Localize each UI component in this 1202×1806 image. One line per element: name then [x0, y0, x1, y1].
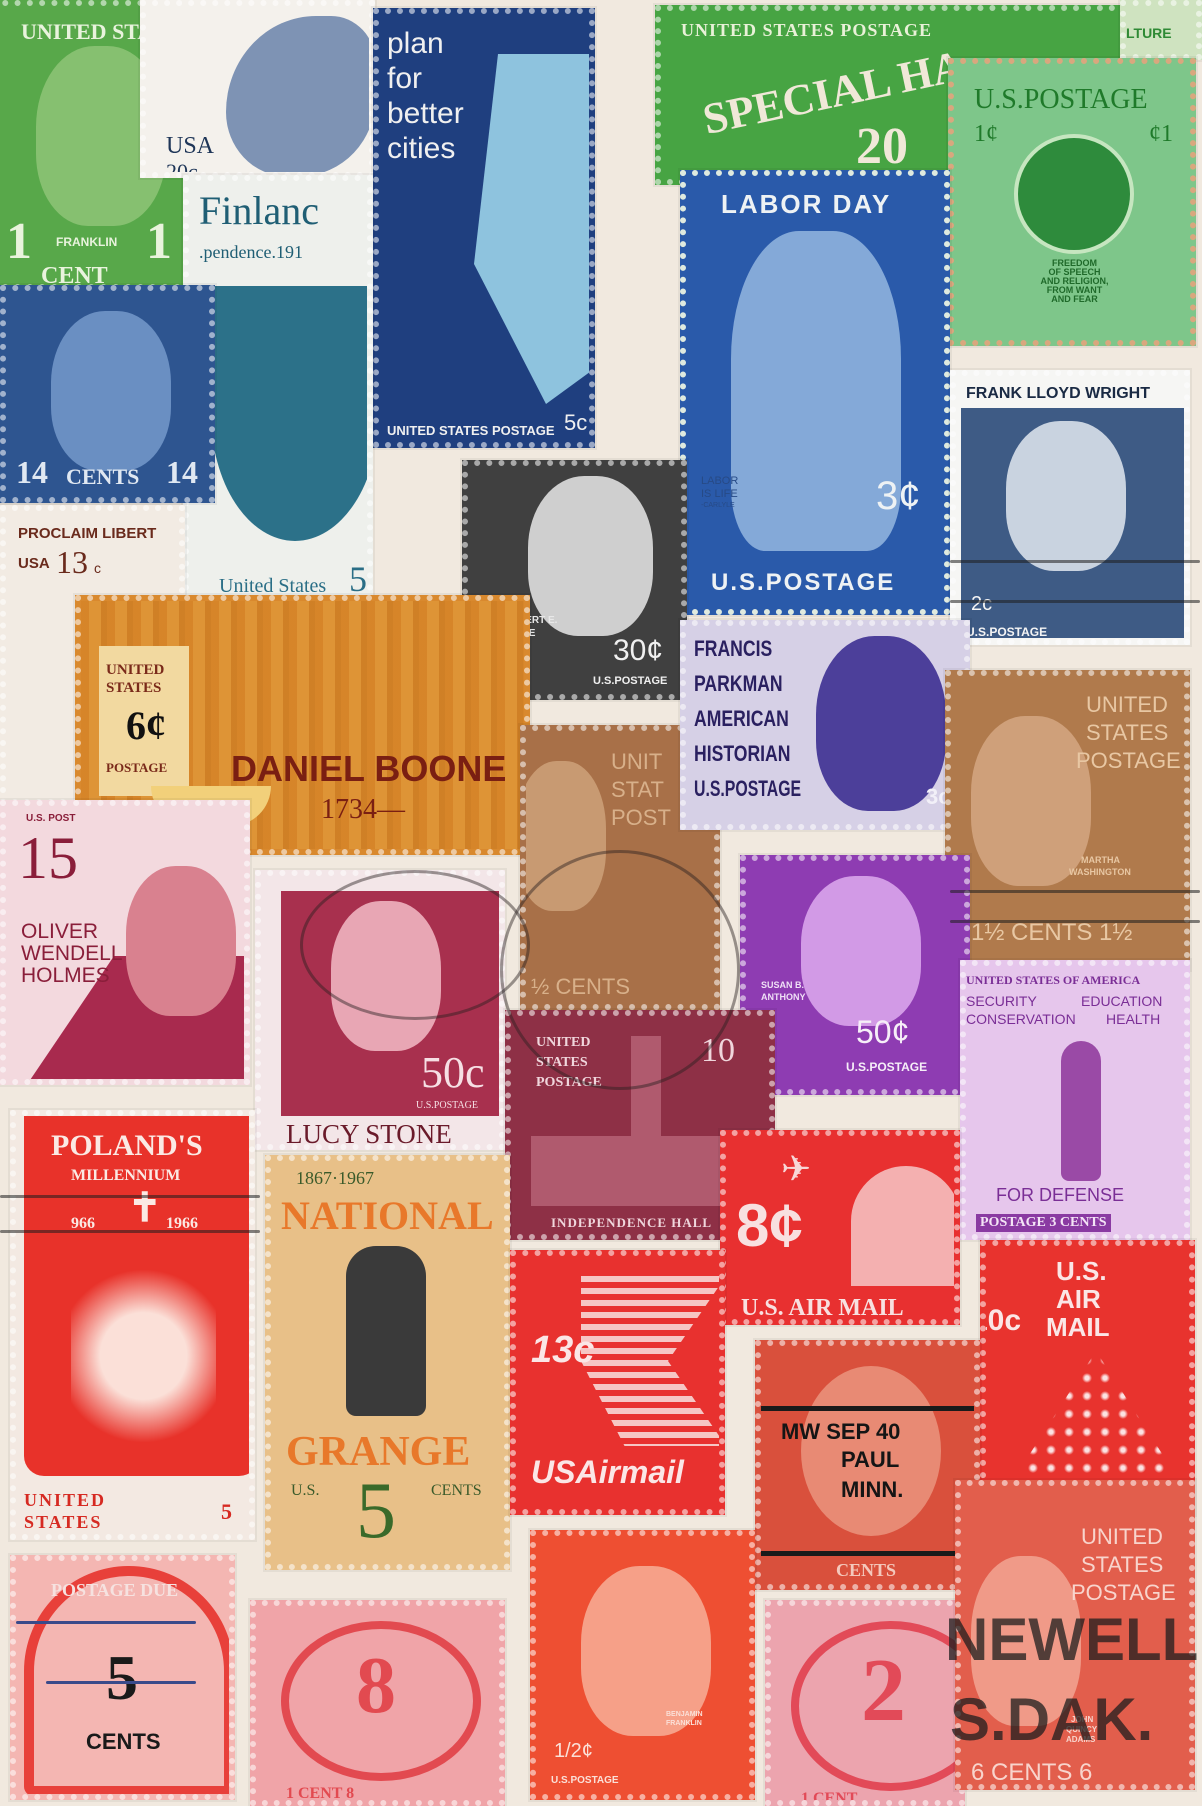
stamp-text: 1¢	[974, 122, 998, 146]
stamp-text: 14	[16, 456, 48, 488]
stamp-text: -CARLYLE	[701, 502, 735, 509]
stamp-text: FOR DEFENSE	[996, 1186, 1124, 1204]
wavy-cancel-line	[950, 920, 1200, 923]
stamp-text: 1 CENT 8	[286, 1786, 354, 1802]
stamp-text: UNITED	[1081, 1526, 1163, 1548]
stamp-text: UNITED STATES OF AMERICA	[966, 974, 1140, 986]
stamp-text: better	[387, 99, 464, 129]
stamp-text: United States	[219, 576, 326, 596]
cross-icon: ✝	[128, 1188, 162, 1228]
stamp-text: CENTS	[431, 1483, 482, 1499]
white-eagle-emblem	[71, 1256, 216, 1456]
stamp-text: SUSAN B.	[761, 981, 804, 990]
stamp-text: LTURE	[1126, 26, 1172, 40]
wavy-cancel-line	[950, 600, 1200, 603]
stamp-text: IS LIFE	[701, 489, 738, 500]
capitol-dome-illustration	[851, 1166, 960, 1286]
farmer-illustration	[346, 1246, 426, 1416]
stamp-text: U.S. POST	[26, 814, 75, 824]
wavy-cancel-line	[950, 890, 1200, 893]
stamp-text: 5c	[564, 412, 587, 434]
cancellation-text: NEWELL	[945, 1610, 1198, 1670]
stamp-text: 2c	[971, 594, 992, 614]
stamp-text: 2	[861, 1646, 906, 1736]
stamp-plan-cities-5c: plan for better cities UNITED STATES POS…	[373, 8, 595, 448]
stamp-text: U.S.	[1056, 1258, 1107, 1284]
stamp-us-air-mail-stars-10c: U.S. AIR MAIL 10c	[980, 1240, 1195, 1515]
wavy-cancel-line	[0, 1195, 260, 1198]
stamp-text: STATES	[24, 1513, 102, 1531]
stamp-franklin-half-cent: BENJAMIN FRANKLIN 1/2¢ U.S.POSTAGE	[530, 1530, 755, 1800]
wavy-cancel-line	[0, 1230, 260, 1233]
stamp-text: STATES	[1086, 722, 1168, 744]
stamp-text: SPECIAL HA	[699, 44, 968, 142]
stamp-text: CENTS	[86, 1731, 161, 1753]
stars-triangle-illustration	[1006, 1351, 1186, 1491]
stamp-text: LABOR DAY	[721, 191, 891, 217]
stamp-text: 5	[356, 1471, 396, 1551]
stamp-text: 30¢	[613, 636, 663, 666]
stamp-text: 3¢	[876, 476, 921, 516]
bighorn-sheep-illustration	[226, 16, 375, 176]
stamp-text: U.S. AIR MAIL	[741, 1296, 904, 1320]
stamp-text: MAIL	[1046, 1314, 1110, 1340]
stamp-text: HOLMES	[21, 965, 110, 986]
stamp-text: NATIONAL	[281, 1196, 494, 1236]
stamp-text: FRANKLIN	[666, 1720, 702, 1727]
stamp-text: 1½ CENTS 1½	[971, 921, 1132, 945]
postmark-ring	[300, 870, 530, 1020]
stamp-text: U.S.POSTAGE	[551, 1776, 619, 1786]
pen-cancel	[46, 1681, 196, 1684]
stamp-four-freedoms-1c: U.S.POSTAGE 1¢ ¢1 FREEDOM OF SPEECH AND …	[948, 58, 1196, 346]
stamp-text: UNITED	[106, 663, 164, 678]
stamp-text: 10c	[980, 1306, 1021, 1336]
liberty-torch-portrait	[1014, 134, 1134, 254]
stamp-text: 1	[146, 216, 172, 268]
precancel-bar	[756, 1406, 980, 1411]
holmes-portrait	[126, 866, 236, 1016]
stamp-text: PROCLAIM LIBERT	[18, 526, 156, 541]
stamp-text: ¢1	[1149, 122, 1173, 146]
stamp-text: U.S.POSTAGE	[711, 571, 895, 595]
stamp-text: MINN.	[841, 1479, 903, 1501]
stamp-agriculture-partial: LTURE	[1120, 0, 1202, 60]
stamp-text: 6¢	[126, 706, 166, 746]
stamp-text: 5	[106, 1646, 138, 1710]
stamp-text: 13c	[531, 1331, 594, 1369]
stamp-text: USA	[18, 556, 50, 571]
stamp-text: CONSERVATION	[966, 1012, 1076, 1026]
stamp-text: plan	[387, 29, 444, 59]
stamp-text: 20	[856, 121, 908, 173]
stamp-text: STATES	[106, 681, 161, 696]
stamp-text: c	[94, 561, 101, 575]
stamp-text: POSTAGE DUE	[51, 1581, 178, 1599]
stamp-text: U.S.POSTAGE	[974, 86, 1148, 114]
freedom-text-block: FREEDOM OF SPEECH AND RELIGION, FROM WAN…	[1022, 259, 1127, 304]
stamp-text: POSTAGE 3 CENTS	[976, 1214, 1111, 1232]
stamp-martha-washington-1-5c-a: UNITED STATES POSTAGE MARTHA WASHINGTON …	[945, 670, 1190, 970]
stamp-text: HEALTH	[1106, 1012, 1160, 1026]
stamp-text: 13	[56, 546, 88, 578]
stamp-labor-day-3c: LABOR DAY LABOR IS LIFE -CARLYLE 3¢ U.S.…	[680, 170, 950, 615]
stamp-airmail-capitol-8c: ✈ 8¢ U.S. AIR MAIL	[720, 1130, 960, 1325]
cancellation-text: S.DAK.	[950, 1690, 1153, 1750]
cancellation-mark: NEWELL S.DAK.	[930, 1590, 1202, 1790]
stamp-text: USAirmail	[531, 1456, 684, 1488]
stamp-text: LUCY STONE	[286, 1121, 452, 1148]
stamp-text: STAT	[611, 779, 664, 801]
stamp-text: U.S.POSTAGE	[416, 1101, 478, 1111]
stamp-text: cities	[387, 134, 455, 164]
stamp-text: WASHINGTON	[1069, 868, 1131, 877]
stamp-text: 5	[221, 1501, 232, 1523]
lee-portrait	[528, 476, 653, 636]
stamp-text: 1 CENT	[801, 1791, 857, 1806]
city-plan-illustration	[474, 54, 594, 404]
stamp-text: U.S.POSTAGE	[846, 1061, 927, 1073]
pen-cancel	[16, 1621, 196, 1624]
stamp-text: UNITED	[24, 1491, 106, 1509]
stamp-postage-due-5c: POSTAGE DUE 5 CENTS	[10, 1555, 235, 1800]
stamp-text: WENDELL	[21, 943, 123, 964]
stamp-text: U.S.POSTAGE	[966, 626, 1047, 638]
stamp-frank-lloyd-wright-2c: FRANK LLOYD WRIGHT 2c U.S.POSTAGE	[950, 370, 1190, 645]
stamp-text: FRANK LLOYD WRIGHT	[966, 386, 1150, 402]
stamp-for-defense-3c: UNITED STATES OF AMERICA SECURITY EDUCAT…	[960, 960, 1190, 1240]
stamp-text: POSTAGE	[106, 761, 167, 774]
stamp-text: UNIT	[611, 751, 662, 773]
stamp-bighorn-20c: USA 20c	[140, 0, 375, 178]
stamp-text: LABOR	[701, 476, 738, 487]
stamp-usa-airmail-13c: 13c USAirmail	[510, 1250, 725, 1515]
stamp-text: AND FEAR	[1022, 295, 1127, 304]
stamp-text: PARKMAN	[694, 673, 783, 695]
stamp-text: PAUL	[841, 1449, 899, 1471]
stamp-text: MW SEP 40	[781, 1421, 900, 1443]
stamp-collage: UNITED STATES P FRANKLIN 1 1 CENT USA 20…	[0, 0, 1202, 1806]
stamp-text: AIR	[1056, 1286, 1101, 1312]
stamp-text: CENTS	[66, 466, 139, 488]
precancel-bar	[756, 1551, 980, 1556]
stamp-text: OLIVER	[21, 921, 98, 942]
stamp-text: 1/2¢	[554, 1741, 593, 1761]
stamp-text: UNITED	[1086, 694, 1168, 716]
stamp-text: CENTS	[836, 1561, 896, 1579]
stamp-text: INDEPENDENCE HALL	[551, 1216, 712, 1229]
stamp-text: UNITED STATES POSTAGE	[681, 21, 932, 39]
stamp-national-grange-5c: 1867·1967 NATIONAL GRANGE U.S. 5 CENTS	[265, 1155, 510, 1570]
stamp-text: 5c	[349, 561, 373, 597]
stamp-text: FRANKLIN	[56, 236, 117, 248]
torch-illustration	[1061, 1041, 1101, 1181]
stamp-text: 14	[166, 456, 198, 488]
stamp-text: MARTHA	[1081, 856, 1120, 865]
anthony-portrait	[801, 876, 921, 1026]
stamp-text: 1867·1967	[296, 1169, 374, 1187]
stamp-text: U.S.	[291, 1483, 319, 1499]
stamp-holmes-15c: U.S. POST 15 OLIVER WENDELL HOLMES	[0, 800, 250, 1085]
postmark-ring	[500, 850, 740, 1090]
stamp-text: 15	[18, 828, 78, 888]
stamp-text: Finlanc	[199, 191, 319, 231]
stamp-text: AMERICAN	[694, 708, 789, 730]
stamp-text: ANTHONY	[761, 993, 806, 1002]
stamp-text: POLAND'S	[51, 1131, 203, 1161]
stamp-text: USA	[166, 134, 214, 158]
finland-lion-arms	[211, 286, 373, 541]
wavy-cancel-line	[950, 560, 1200, 563]
stamp-polands-millennium-5c: POLAND'S MILLENNIUM ✝ 966 1966 UNITED ST…	[10, 1110, 255, 1540]
stamp-text: 1	[6, 216, 32, 268]
martha-portrait	[971, 716, 1091, 886]
winged-envelope-illustration	[581, 1276, 725, 1446]
stamp-text: 1734—	[321, 796, 405, 824]
stamp-text: MILLENNIUM	[71, 1168, 180, 1184]
stamp-text: DANIEL BOONE	[231, 751, 506, 787]
stamp-text: POST	[611, 807, 671, 829]
stamp-text: FRANCIS	[694, 638, 772, 660]
stamp-text: EDUCATION	[1081, 994, 1162, 1008]
stamp-text: 8¢	[736, 1196, 803, 1256]
stamp-text: SECURITY	[966, 994, 1037, 1008]
stamp-postage-due-8-cent: 8 1 CENT 8	[250, 1600, 505, 1806]
stamp-text: STATES	[1081, 1554, 1163, 1576]
stamp-text: U.S.POSTAGE	[694, 778, 801, 800]
stamp-text: 50c	[421, 1051, 485, 1095]
wright-portrait	[1006, 421, 1126, 571]
stamp-francis-parkman-3c: FRANCIS PARKMAN AMERICAN HISTORIAN U.S.P…	[680, 620, 970, 830]
indian-chief-portrait	[51, 311, 171, 471]
stamp-text: BENJAMIN	[666, 1711, 703, 1718]
stamp-text: UNITED STATES POSTAGE	[387, 424, 555, 437]
stamp-text: for	[387, 64, 422, 94]
stamp-american-indian-14c: 14 CENTS 14	[0, 285, 215, 503]
stamp-text: POSTAGE	[1076, 750, 1181, 772]
stamp-text: 8	[356, 1646, 396, 1726]
stamp-jefferson-1c-precancel: MW SEP 40 PAUL MINN. CENTS	[755, 1340, 980, 1590]
airplane-icon: ✈	[781, 1151, 811, 1187]
stamp-text: HISTORIAN	[694, 743, 790, 765]
stamp-text: .pendence.191	[199, 243, 303, 261]
stamp-text: U.S.POSTAGE	[593, 676, 667, 687]
stamp-text: 50¢	[856, 1016, 909, 1048]
